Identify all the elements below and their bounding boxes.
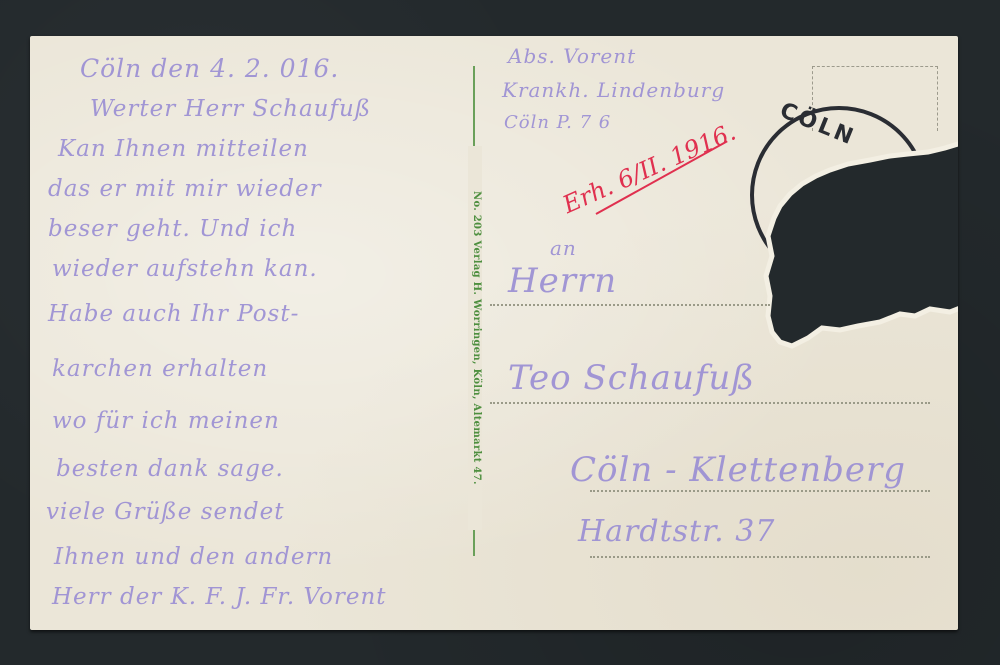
message-line: wieder aufstehn kan. (52, 256, 318, 282)
message-line: Werter Herr Schaufuß (90, 96, 371, 122)
message-line: besten dank sage. (56, 456, 284, 482)
torn-corner (730, 96, 958, 376)
message-line: beser geht. Und ich (48, 216, 297, 242)
sender-line-2: Krankh. Lindenburg (502, 78, 725, 102)
address-city: Cöln - Klettenberg (570, 450, 906, 490)
message-line: Kan Ihnen mitteilen (58, 136, 309, 162)
address-line-4 (590, 556, 930, 558)
message-line: Habe auch Ihr Post- (48, 301, 299, 327)
address-name: Teo Schaufuß (508, 358, 755, 398)
message-line: Ihnen und den andern (54, 544, 333, 570)
address-line-1 (490, 304, 770, 306)
message-line: Herr der K. F. J. Fr. Vorent (52, 584, 387, 610)
message-line: viele Grüße sendet (46, 499, 285, 525)
address-salutation: an (550, 236, 577, 260)
message-line: Cöln den 4. 2. 016. (80, 54, 339, 83)
sender-line-1: Abs. Vorent (508, 44, 636, 68)
address-line-3 (590, 490, 930, 492)
message-line: das er mit mir wieder (48, 176, 322, 202)
message-line: karchen erhalten (52, 356, 268, 382)
address-title: Herrn (508, 261, 617, 301)
postcard: Cöln den 4. 2. 016. Werter Herr Schaufuß… (30, 36, 958, 630)
publisher-imprint: No. 203 Verlag H. Worringen, Köln, Altem… (468, 146, 482, 530)
message-line: wo für ich meinen (52, 408, 280, 434)
address-line-2 (490, 402, 930, 404)
address-street: Hardtstr. 37 (578, 514, 775, 549)
sender-line-3: Cöln P. 7 6 (504, 112, 611, 133)
